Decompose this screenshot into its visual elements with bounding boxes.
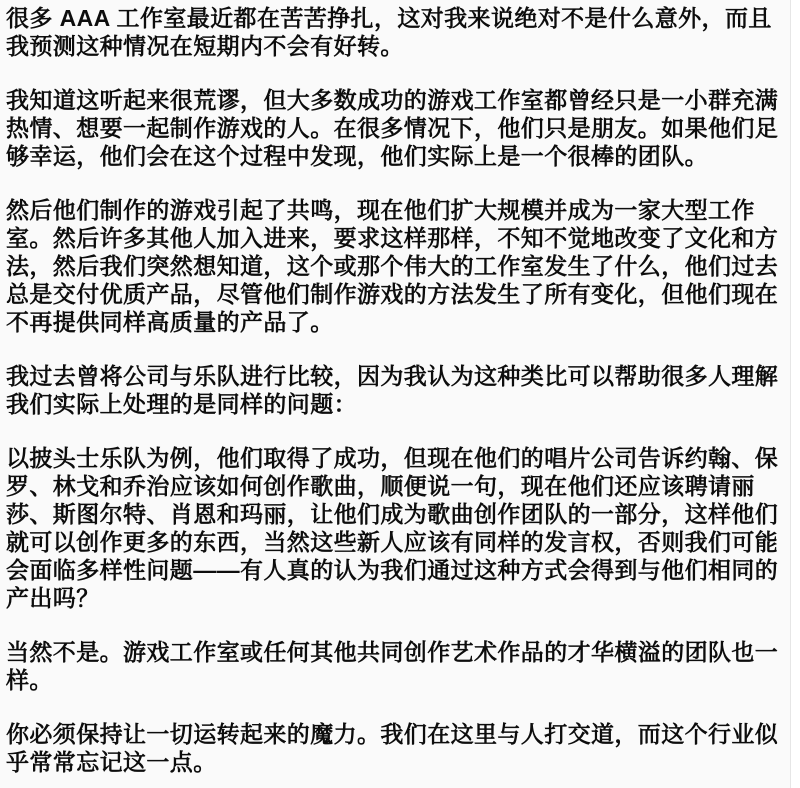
- paragraph: 然后他们制作的游戏引起了共鸣，现在他们扩大规模并成为一家大型工作室。然后许多其他…: [6, 196, 782, 336]
- page: { "page": { "background_color": "#fafafa…: [0, 0, 800, 788]
- paragraph: 当然不是。游戏工作室或任何其他共同创作艺术作品的才华横溢的团队也一样。: [6, 638, 782, 694]
- paragraph: 我知道这听起来很荒谬，但大多数成功的游戏工作室都曾经只是一小群充满热情、想要一起…: [6, 86, 782, 170]
- paragraph: 以披头士乐队为例，他们取得了成功，但现在他们的唱片公司告诉约翰、保罗、林戈和乔治…: [6, 444, 782, 612]
- paragraph: 很多 AAA 工作室最近都在苦苦挣扎，这对我来说绝对不是什么意外，而且我预测这种…: [6, 4, 782, 60]
- paragraph: 我过去曾将公司与乐队进行比较，因为我认为这种类比可以帮助很多人理解我们实际上处理…: [6, 362, 782, 418]
- article-text: 很多 AAA 工作室最近都在苦苦挣扎，这对我来说绝对不是什么意外，而且我预测这种…: [0, 0, 791, 788]
- paragraph: 你必须保持让一切运转起来的魔力。我们在这里与人打交道，而这个行业似乎常常忘记这一…: [6, 720, 782, 776]
